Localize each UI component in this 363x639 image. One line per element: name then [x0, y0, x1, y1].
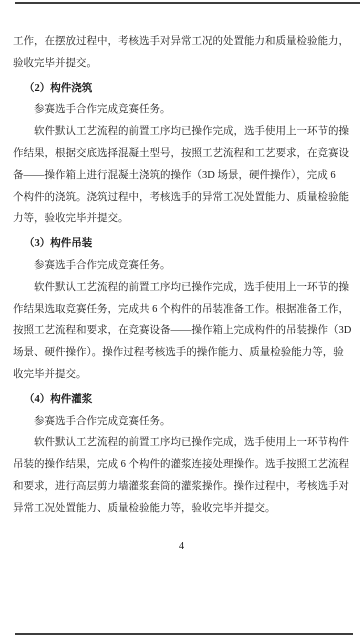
text-line: 和要求，进行高层剪力墙灌浆套筒的灌浆操作。操作过程中，考核选手对: [13, 476, 351, 498]
paragraph: 参赛选手合作完成竞赛任务。: [13, 255, 351, 277]
page-edge-rule-top: [15, 2, 360, 4]
page-number: 4: [0, 540, 363, 553]
text-line: 作结果，根据交底选择混凝土型号，按照工艺流程和工艺要求，在竞赛设: [13, 143, 351, 165]
text-line: 参赛选手合作完成竞赛任务。: [13, 99, 351, 121]
text-line: 软件默认工艺流程的前置工序均已操作完成，选手使用上一环节的操: [13, 277, 351, 299]
text-line: 参赛选手合作完成竞赛任务。: [13, 411, 351, 433]
paragraph: 工作，在摆放过程中，考核选手对异常工况的处置能力和质量检验能力，验收完毕并提交。: [13, 31, 351, 75]
document-page: 工作，在摆放过程中，考核选手对异常工况的处置能力和质量检验能力，验收完毕并提交。…: [0, 0, 363, 639]
text-line: 备——操作箱上进行混凝土浇筑的操作（3D 场景，硬件操作），完成 6: [13, 165, 351, 187]
text-line: 收完毕并提交。: [13, 364, 351, 386]
heading-text-line: （2）构件浇筑: [13, 78, 351, 100]
text-line: 参赛选手合作完成竞赛任务。: [13, 255, 351, 277]
section-heading: （4）构件灌浆: [13, 389, 351, 411]
section-heading: （2）构件浇筑: [13, 78, 351, 100]
text-line: 软件默认工艺流程的前置工序均已操作完成，选手使用上一环节构件: [13, 432, 351, 454]
text-line: 异常工况处置能力、质量检验能力等，验收完毕并提交。: [13, 498, 351, 520]
section-heading: （3）构件吊装: [13, 233, 351, 255]
heading-text-line: （4）构件灌浆: [13, 389, 351, 411]
text-line: 作结果选取竞赛任务，完成共 6 个构件的吊装准备工作。根据准备工作，: [13, 299, 351, 321]
paragraph: 软件默认工艺流程的前置工序均已操作完成，选手使用上一环节的操作结果选取竞赛任务，…: [13, 277, 351, 386]
document-body: 工作，在摆放过程中，考核选手对异常工况的处置能力和质量检验能力，验收完毕并提交。…: [13, 31, 351, 520]
paragraph: 软件默认工艺流程的前置工序均已操作完成，选手使用上一环节构件吊装的操作结果，完成…: [13, 432, 351, 519]
text-line: 按照工艺流程和要求，在竞赛设备——操作箱上完成构件的吊装操作（3D: [13, 320, 351, 342]
paragraph: 参赛选手合作完成竞赛任务。: [13, 99, 351, 121]
paragraph: 软件默认工艺流程的前置工序均已操作完成，选手使用上一环节的操作结果，根据交底选择…: [13, 121, 351, 230]
text-line: 工作，在摆放过程中，考核选手对异常工况的处置能力和质量检验能力，: [13, 31, 351, 53]
text-line: 力等，验收完毕并提交。: [13, 208, 351, 230]
text-line: 场景、硬件操作）。操作过程考核选手的操作能力、质量检验能力等，验: [13, 342, 351, 364]
text-line: 吊装的操作结果，完成 6 个构件的灌浆连接处理操作。选手按照工艺流程: [13, 454, 351, 476]
text-line: 软件默认工艺流程的前置工序均已操作完成，选手使用上一环节的操: [13, 121, 351, 143]
paragraph: 参赛选手合作完成竞赛任务。: [13, 411, 351, 433]
heading-text-line: （3）构件吊装: [13, 233, 351, 255]
page-edge-rule-bottom: [15, 633, 353, 635]
text-line: 验收完毕并提交。: [13, 53, 351, 75]
text-line: 个构件的浇筑。浇筑过程中，考核选手的异常工况处置能力、质量检验能: [13, 187, 351, 209]
